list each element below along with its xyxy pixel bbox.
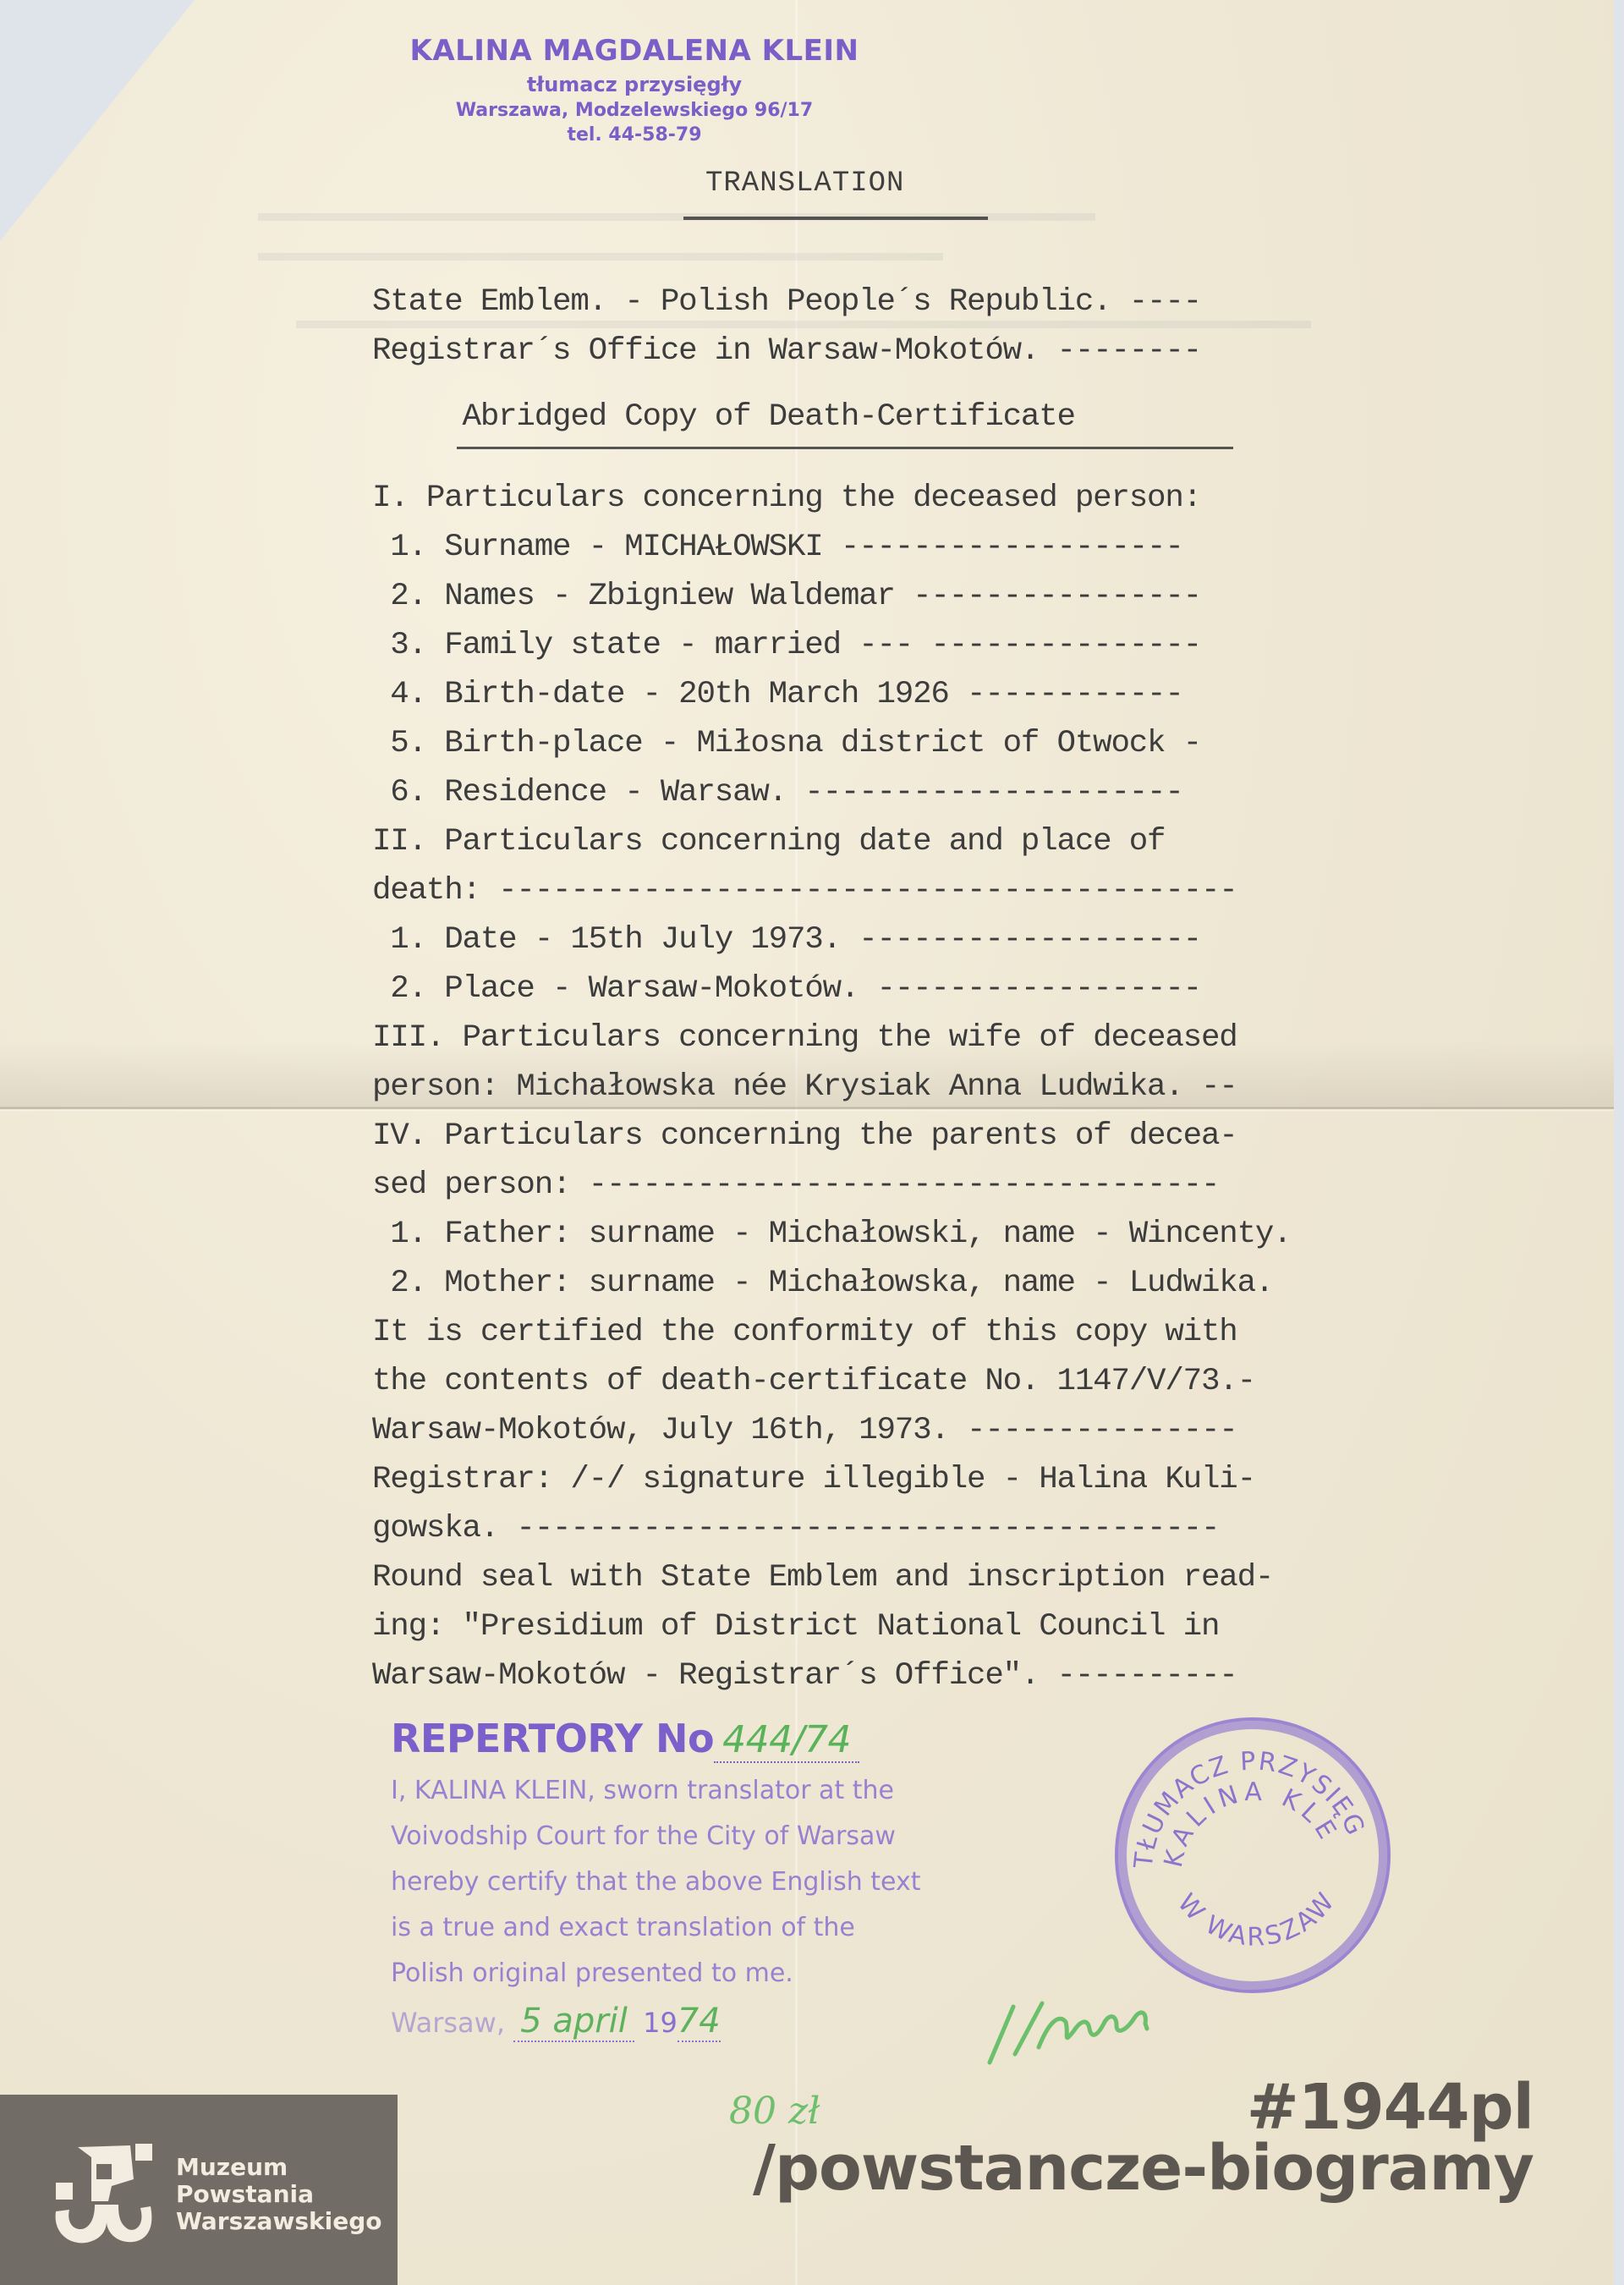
body-line: Warsaw-Mokotów - Registrar´s Office". --… [372, 1651, 1292, 1700]
svg-text:TŁUMACZ PRZYSIĘGŁY: TŁUMACZ PRZYSIĘGŁY [1118, 1721, 1371, 1870]
translator-address: Warszawa, Modzelewskiego 96/17 [398, 100, 871, 121]
body-line: 1. Date - 15th July 1973. --------------… [372, 915, 1292, 964]
repertory-label: REPERTORY No [391, 1716, 714, 1761]
repertory-number: 444/74 [714, 1718, 859, 1763]
certification-line: Voivodship Court for the City of Warsaw [391, 1814, 1042, 1859]
body-line: 2. Place - Warsaw-Mokotów. -------------… [372, 964, 1292, 1013]
museum-name-line: Powstania [176, 2181, 381, 2208]
certification-date: Warsaw, 5 april 1974 [391, 2002, 1042, 2041]
document-body: State Emblem. - Polish People´s Republic… [372, 277, 1292, 1700]
body-line: 3. Family state - married --- ----------… [372, 621, 1292, 670]
body-line: 4. Birth-date - 20th March 1926 --------… [372, 670, 1292, 719]
translator-signature [981, 1988, 1201, 2077]
body-line: 6. Residence - Warsaw. -----------------… [372, 768, 1292, 817]
year-prefix: 19 [643, 2007, 678, 2039]
body-line: It is certified the conformity of this c… [372, 1308, 1292, 1357]
body-line: sed person: ----------------------------… [372, 1161, 1292, 1210]
translator-title: tłumacz przysięgły [398, 73, 871, 96]
certification-stamp: REPERTORY No444/74 I, KALINA KLEIN, swor… [391, 1716, 1042, 2041]
body-line: 2. Mother: surname - Michałowska, name -… [372, 1259, 1292, 1308]
section-heading: I. Particulars concerning the deceased p… [372, 474, 1292, 523]
translator-header-stamp: KALINA MAGDALENA KLEIN tłumacz przysięgł… [398, 34, 871, 146]
body-line: State Emblem. - Polish People´s Republic… [372, 277, 1292, 327]
translator-phone: tel. 44-58-79 [398, 124, 871, 146]
body-line: death: ---------------------------------… [372, 866, 1292, 915]
translator-name: KALINA MAGDALENA KLEIN [398, 34, 871, 68]
seal-text-icon: TŁUMACZ PRZYSIĘGŁY KALINA KLEIN W WARSZA… [1118, 1721, 1387, 1990]
body-line: gowska. --------------------------------… [372, 1504, 1292, 1553]
body-line [372, 442, 1292, 474]
body-line: 1. Father: surname - Michałowski, name -… [372, 1210, 1292, 1259]
place-prefix: Warsaw, [391, 2007, 505, 2039]
body-line: 2. Names - Zbigniew Waldemar -----------… [372, 572, 1292, 621]
certification-line: is a true and exact translation of the [391, 1905, 1042, 1951]
bleed-through-text: ▬▬▬▬▬▬▬▬▬▬▬▬▬▬▬▬▬▬▬▬▬▬▬▬▬▬▬ [258, 239, 943, 267]
museum-name: Muzeum Powstania Warszawskiego [176, 2154, 381, 2235]
round-seal: TŁUMACZ PRZYSIĘGŁY KALINA KLEIN W WARSZA… [1115, 1717, 1391, 1993]
certification-line: hereby certify that the above English te… [391, 1859, 1042, 1905]
section-heading: II. Particulars concerning date and plac… [372, 817, 1292, 866]
anchor-kotwica-icon [52, 2144, 162, 2245]
section-heading: IV. Particulars concerning the parents o… [372, 1112, 1292, 1161]
museum-name-line: Warszawskiego [176, 2208, 381, 2235]
body-line: ing: "Presidium of District National Cou… [372, 1602, 1292, 1651]
museum-logo-banner: Muzeum Powstania Warszawskiego [0, 2095, 398, 2285]
handwritten-date: 5 april [513, 2002, 634, 2042]
body-line: Registrar´s Office in Warsaw-Mokotów. --… [372, 327, 1292, 376]
body-line [372, 376, 1292, 393]
certification-line: I, KALINA KLEIN, sworn translator at the [391, 1768, 1042, 1814]
repertory-line: REPERTORY No444/74 [391, 1716, 1042, 1761]
handwritten-fee-note: 80 zł [729, 2090, 820, 2133]
biography-path-text: /powstancze-biogramy [753, 2132, 1533, 2205]
document-paper: ▬▬▬▬▬▬▬▬▬▬▬▬▬▬▬▬▬▬▬▬▬▬▬▬▬▬▬▬▬▬▬▬▬ ▬▬▬▬▬▬… [0, 0, 1614, 2285]
body-line: person: Michałowska née Krysiak Anna Lud… [372, 1063, 1292, 1112]
heading-underline [683, 217, 988, 220]
handwritten-year: 74 [678, 2002, 721, 2042]
section-heading: III. Particulars concerning the wife of … [372, 1013, 1292, 1063]
certification-line: Polish original presented to me. [391, 1951, 1042, 1997]
body-line: 1. Surname - MICHAŁOWSKI ---------------… [372, 523, 1292, 572]
body-line: Warsaw-Mokotów, July 16th, 1973. -------… [372, 1406, 1292, 1455]
body-line: 5. Birth-place - Miłosna district of Otw… [372, 719, 1292, 768]
body-line: the contents of death-certificate No. 11… [372, 1357, 1292, 1406]
signature-scribble-icon [981, 1988, 1201, 2073]
body-line: Registrar: /-/ signature illegible - Hal… [372, 1455, 1292, 1504]
document-subtitle: Abridged Copy of Death-Certificate [372, 393, 1292, 442]
certification-text: I, KALINA KLEIN, sworn translator at the… [391, 1768, 1042, 1997]
seal-outer-text: TŁUMACZ PRZYSIĘGŁY [1118, 1721, 1371, 1870]
bleed-through-text: ▬▬▬▬▬▬▬▬▬▬▬▬▬▬▬▬▬▬▬▬▬▬▬▬▬▬▬▬▬▬▬▬▬ [258, 199, 1095, 228]
body-line: Round seal with State Emblem and inscrip… [372, 1553, 1292, 1602]
document-heading: TRANSLATION [705, 168, 904, 200]
museum-name-line: Muzeum [176, 2154, 381, 2181]
